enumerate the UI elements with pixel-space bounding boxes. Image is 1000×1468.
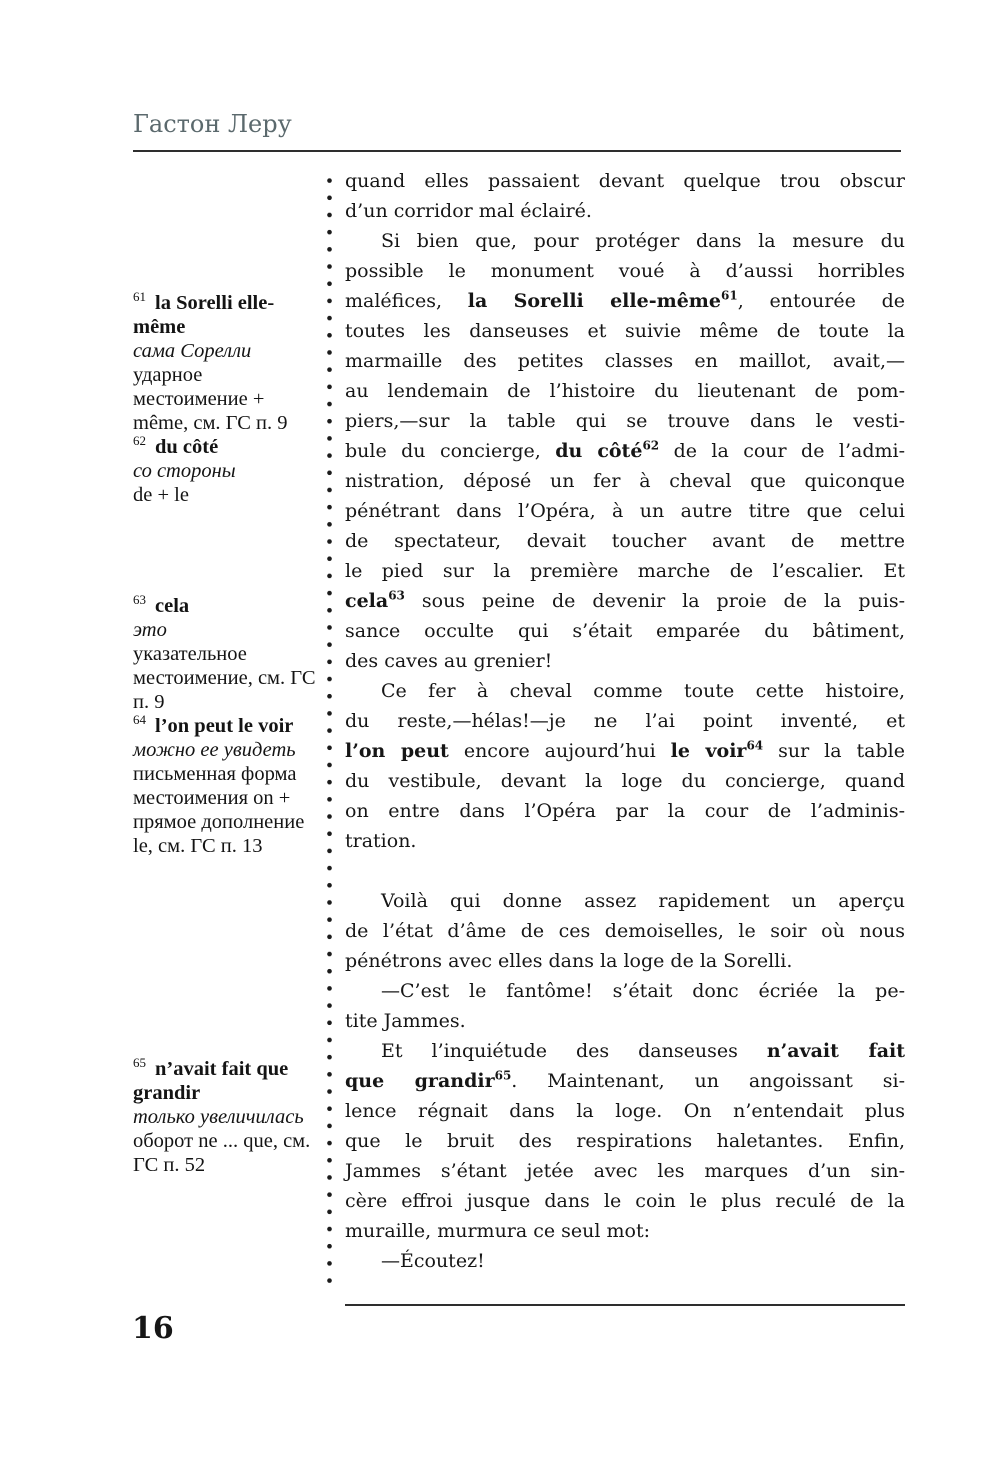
text-run: Jammes s’étant jetée avec les marques d’… xyxy=(345,1160,905,1182)
text-run: au lendemain de l’histoire du lieutenant… xyxy=(345,380,905,402)
text-run: pénétrant dans l’Opéra, à un autre titre… xyxy=(345,500,905,522)
text-line: pénétrant dans l’Opéra, à un autre titre… xyxy=(345,496,905,526)
margin-note-64: 64l’on peut le voirможно ее увидетьписьм… xyxy=(133,714,317,858)
text-run: marmaille des petites classes en maillot… xyxy=(345,350,905,372)
text-line: bule du concierge, du côté62 de la cour … xyxy=(345,436,905,466)
text-run: toutes les danseuses et suivie même de t… xyxy=(345,320,905,342)
text-run: Voilà qui donne assez rapidement un aper… xyxy=(381,890,905,912)
note-comment: указательное местоимение, см. ГС п. 9 xyxy=(133,642,317,714)
text-line: cère effroi jusque dans le coin le plus … xyxy=(345,1186,905,1216)
text-run: encore aujourd’hui xyxy=(449,740,671,762)
text-run: —Écoutez! xyxy=(381,1250,485,1272)
text-run: , entourée de xyxy=(738,290,905,312)
note-number: 64 xyxy=(133,712,146,727)
text-line: cela63 sous peine de devenir la proie de… xyxy=(345,586,905,616)
glossed-term: du côté xyxy=(555,440,642,462)
page-number: 16 xyxy=(132,1314,174,1344)
text-line: Voilà qui donne assez rapidement un aper… xyxy=(345,886,905,916)
note-comment: оборот ne ... que, см. ГС п. 52 xyxy=(133,1129,317,1177)
text-line: que le bruit des respirations haletantes… xyxy=(345,1126,905,1156)
text-run: tration. xyxy=(345,830,416,852)
text-run: nistration, déposé un fer à cheval que q… xyxy=(345,470,905,492)
text-run: sous peine de devenir la proie de la pui… xyxy=(405,590,905,612)
text-run: Si bien que, pour protéger dans la mesur… xyxy=(381,230,905,252)
note-translation: сама Сорелли xyxy=(133,339,317,363)
text-run: . Maintenant, un angoissant si- xyxy=(511,1070,905,1092)
note-term: du côté xyxy=(155,436,218,458)
text-run: d’un corridor mal éclairé. xyxy=(345,200,592,222)
glossed-term: que grandir xyxy=(345,1070,495,1092)
note-term: la Sorelli elle-même xyxy=(133,292,274,338)
blank-line xyxy=(345,856,905,886)
text-line: Jammes s’étant jetée avec les marques d’… xyxy=(345,1156,905,1186)
text-run: de l’état d’âme de ces demoiselles, le s… xyxy=(345,920,905,942)
note-term: n’avait fait que grandir xyxy=(133,1058,288,1104)
text-run: que le bruit des respirations haletantes… xyxy=(345,1130,905,1152)
margin-note-group: 65n’avait fait que grandirтолько увеличи… xyxy=(133,1057,317,1177)
margin-note-65: 65n’avait fait que grandirтолько увеличи… xyxy=(133,1057,317,1177)
text-line: Et l’inquiétude des danseuses n’avait fa… xyxy=(345,1036,905,1066)
note-comment: ударное местоимение + même, см. ГС п. 9 xyxy=(133,363,317,435)
note-term: cela xyxy=(155,595,189,617)
note-term-line: 62du côté xyxy=(133,435,317,459)
text-line: du reste,—hélas!—je ne l’ai point invent… xyxy=(345,706,905,736)
text-line: que grandir65. Maintenant, un angoissant… xyxy=(345,1066,905,1096)
text-line: —C’est le fantôme! s’était donc écriée l… xyxy=(345,976,905,1006)
text-run: quand elles passaient devant quelque tro… xyxy=(345,170,905,192)
text-line: on entre dans l’Opéra par la cour de l’a… xyxy=(345,796,905,826)
text-run: Et l’inquiétude des danseuses xyxy=(381,1040,767,1062)
margin-note-group: 63celaэтоуказательное местоимение, см. Г… xyxy=(133,594,317,858)
text-run: possible le monument voué à d’aussi horr… xyxy=(345,260,905,282)
glossed-term: le voir xyxy=(671,740,747,762)
main-text-column: quand elles passaient devant quelque tro… xyxy=(345,166,905,1276)
footnote-ref: 65 xyxy=(495,1069,512,1083)
note-comment: de + le xyxy=(133,483,317,507)
text-line: maléfices, la Sorelli elle-même61, entou… xyxy=(345,286,905,316)
text-line: nistration, déposé un fer à cheval que q… xyxy=(345,466,905,496)
text-line: piers,—sur la table qui se trouve dans l… xyxy=(345,406,905,436)
footnote-ref: 64 xyxy=(746,739,763,753)
text-run: sur la table xyxy=(763,740,905,762)
text-line: de spectateur, devait toucher avant de m… xyxy=(345,526,905,556)
running-header-author: Гастон Леру xyxy=(133,110,292,139)
glossed-term: l’on peut xyxy=(345,740,449,762)
text-run: tite Jammes. xyxy=(345,1010,466,1032)
text-run: du vestibule, devant la loge du concierg… xyxy=(345,770,905,792)
text-line: quand elles passaient devant quelque tro… xyxy=(345,166,905,196)
text-line: du vestibule, devant la loge du concierg… xyxy=(345,766,905,796)
text-line: de l’état d’âme de ces demoiselles, le s… xyxy=(345,916,905,946)
text-line: au lendemain de l’histoire du lieutenant… xyxy=(345,376,905,406)
note-term-line: 63cela xyxy=(133,594,317,618)
text-run: Ce fer à cheval comme toute cette histoi… xyxy=(381,680,905,702)
text-run: piers,—sur la table qui se trouve dans l… xyxy=(345,410,905,432)
footnote-ref: 63 xyxy=(388,589,405,603)
note-number: 65 xyxy=(133,1055,146,1070)
text-run: cère effroi jusque dans le coin le plus … xyxy=(345,1190,905,1212)
text-run: pénétrons avec elles dans la loge de la … xyxy=(345,950,792,972)
note-number: 61 xyxy=(133,289,146,304)
note-translation: можно ее увидеть xyxy=(133,738,317,762)
footnote-ref: 62 xyxy=(642,439,659,453)
text-run: de spectateur, devait toucher avant de m… xyxy=(345,530,905,552)
note-term-line: 64l’on peut le voir xyxy=(133,714,317,738)
text-run: bule du concierge, xyxy=(345,440,555,462)
text-line: toutes les danseuses et suivie même de t… xyxy=(345,316,905,346)
text-line: lence régnait dans la loge. On n’entenda… xyxy=(345,1096,905,1126)
glossed-term: la Sorelli elle-même xyxy=(468,290,721,312)
text-line: pénétrons avec elles dans la loge de la … xyxy=(345,946,905,976)
text-line: muraille, murmura ce seul mot: xyxy=(345,1216,905,1246)
text-line: —Écoutez! xyxy=(345,1246,905,1276)
note-number: 62 xyxy=(133,433,146,448)
text-run: lence régnait dans la loge. On n’entenda… xyxy=(345,1100,905,1122)
text-run: du reste,—hélas!—je ne l’ai point invent… xyxy=(345,710,905,732)
margin-note-63: 63celaэтоуказательное местоимение, см. Г… xyxy=(133,594,317,714)
text-run: de la cour de l’admi- xyxy=(659,440,905,462)
text-line: tite Jammes. xyxy=(345,1006,905,1036)
text-line: le pied sur la première marche de l’esca… xyxy=(345,556,905,586)
book-page: Гастон Леру 61la Sorelli elle-mêmeсама С… xyxy=(0,0,1000,1468)
note-number: 63 xyxy=(133,592,146,607)
text-run: sance occulte qui s’était emparée du bât… xyxy=(345,620,905,642)
text-line: tration. xyxy=(345,826,905,856)
text-line: l’on peut encore aujourd’hui le voir64 s… xyxy=(345,736,905,766)
text-run: —C’est le fantôme! s’était donc écriée l… xyxy=(381,980,905,1002)
note-translation: только увеличилась xyxy=(133,1105,317,1129)
text-run: des caves au grenier! xyxy=(345,650,552,672)
margin-note-62: 62du côtéсо стороныde + le xyxy=(133,435,317,507)
header-rule xyxy=(133,150,901,152)
note-translation: со стороны xyxy=(133,459,317,483)
text-run: muraille, murmura ce seul mot: xyxy=(345,1220,650,1242)
margin-note-group: 61la Sorelli elle-mêmeсама Сореллиударно… xyxy=(133,291,317,507)
text-run: maléfices, xyxy=(345,290,468,312)
note-term: l’on peut le voir xyxy=(155,715,293,737)
text-line: marmaille des petites classes en maillot… xyxy=(345,346,905,376)
text-line: Ce fer à cheval comme toute cette histoi… xyxy=(345,676,905,706)
footer-rule xyxy=(345,1304,905,1306)
text-line: des caves au grenier! xyxy=(345,646,905,676)
text-run: on entre dans l’Opéra par la cour de l’a… xyxy=(345,800,905,822)
glossed-term: cela xyxy=(345,590,388,612)
footnote-ref: 61 xyxy=(721,289,738,303)
note-comment: письменная форма местоимения on + прямое… xyxy=(133,762,317,858)
text-line: Si bien que, pour protéger dans la mesur… xyxy=(345,226,905,256)
text-line: d’un corridor mal éclairé. xyxy=(345,196,905,226)
text-line: sance occulte qui s’était emparée du bât… xyxy=(345,616,905,646)
glossed-term: n’avait fait xyxy=(767,1040,905,1062)
note-term-line: 61la Sorelli elle-même xyxy=(133,291,317,339)
text-line: possible le monument voué à d’aussi horr… xyxy=(345,256,905,286)
note-translation: это xyxy=(133,618,317,642)
note-term-line: 65n’avait fait que grandir xyxy=(133,1057,317,1105)
margin-separator-dotted-line xyxy=(327,172,332,1284)
margin-note-61: 61la Sorelli elle-mêmeсама Сореллиударно… xyxy=(133,291,317,435)
text-run: le pied sur la première marche de l’esca… xyxy=(345,560,905,582)
